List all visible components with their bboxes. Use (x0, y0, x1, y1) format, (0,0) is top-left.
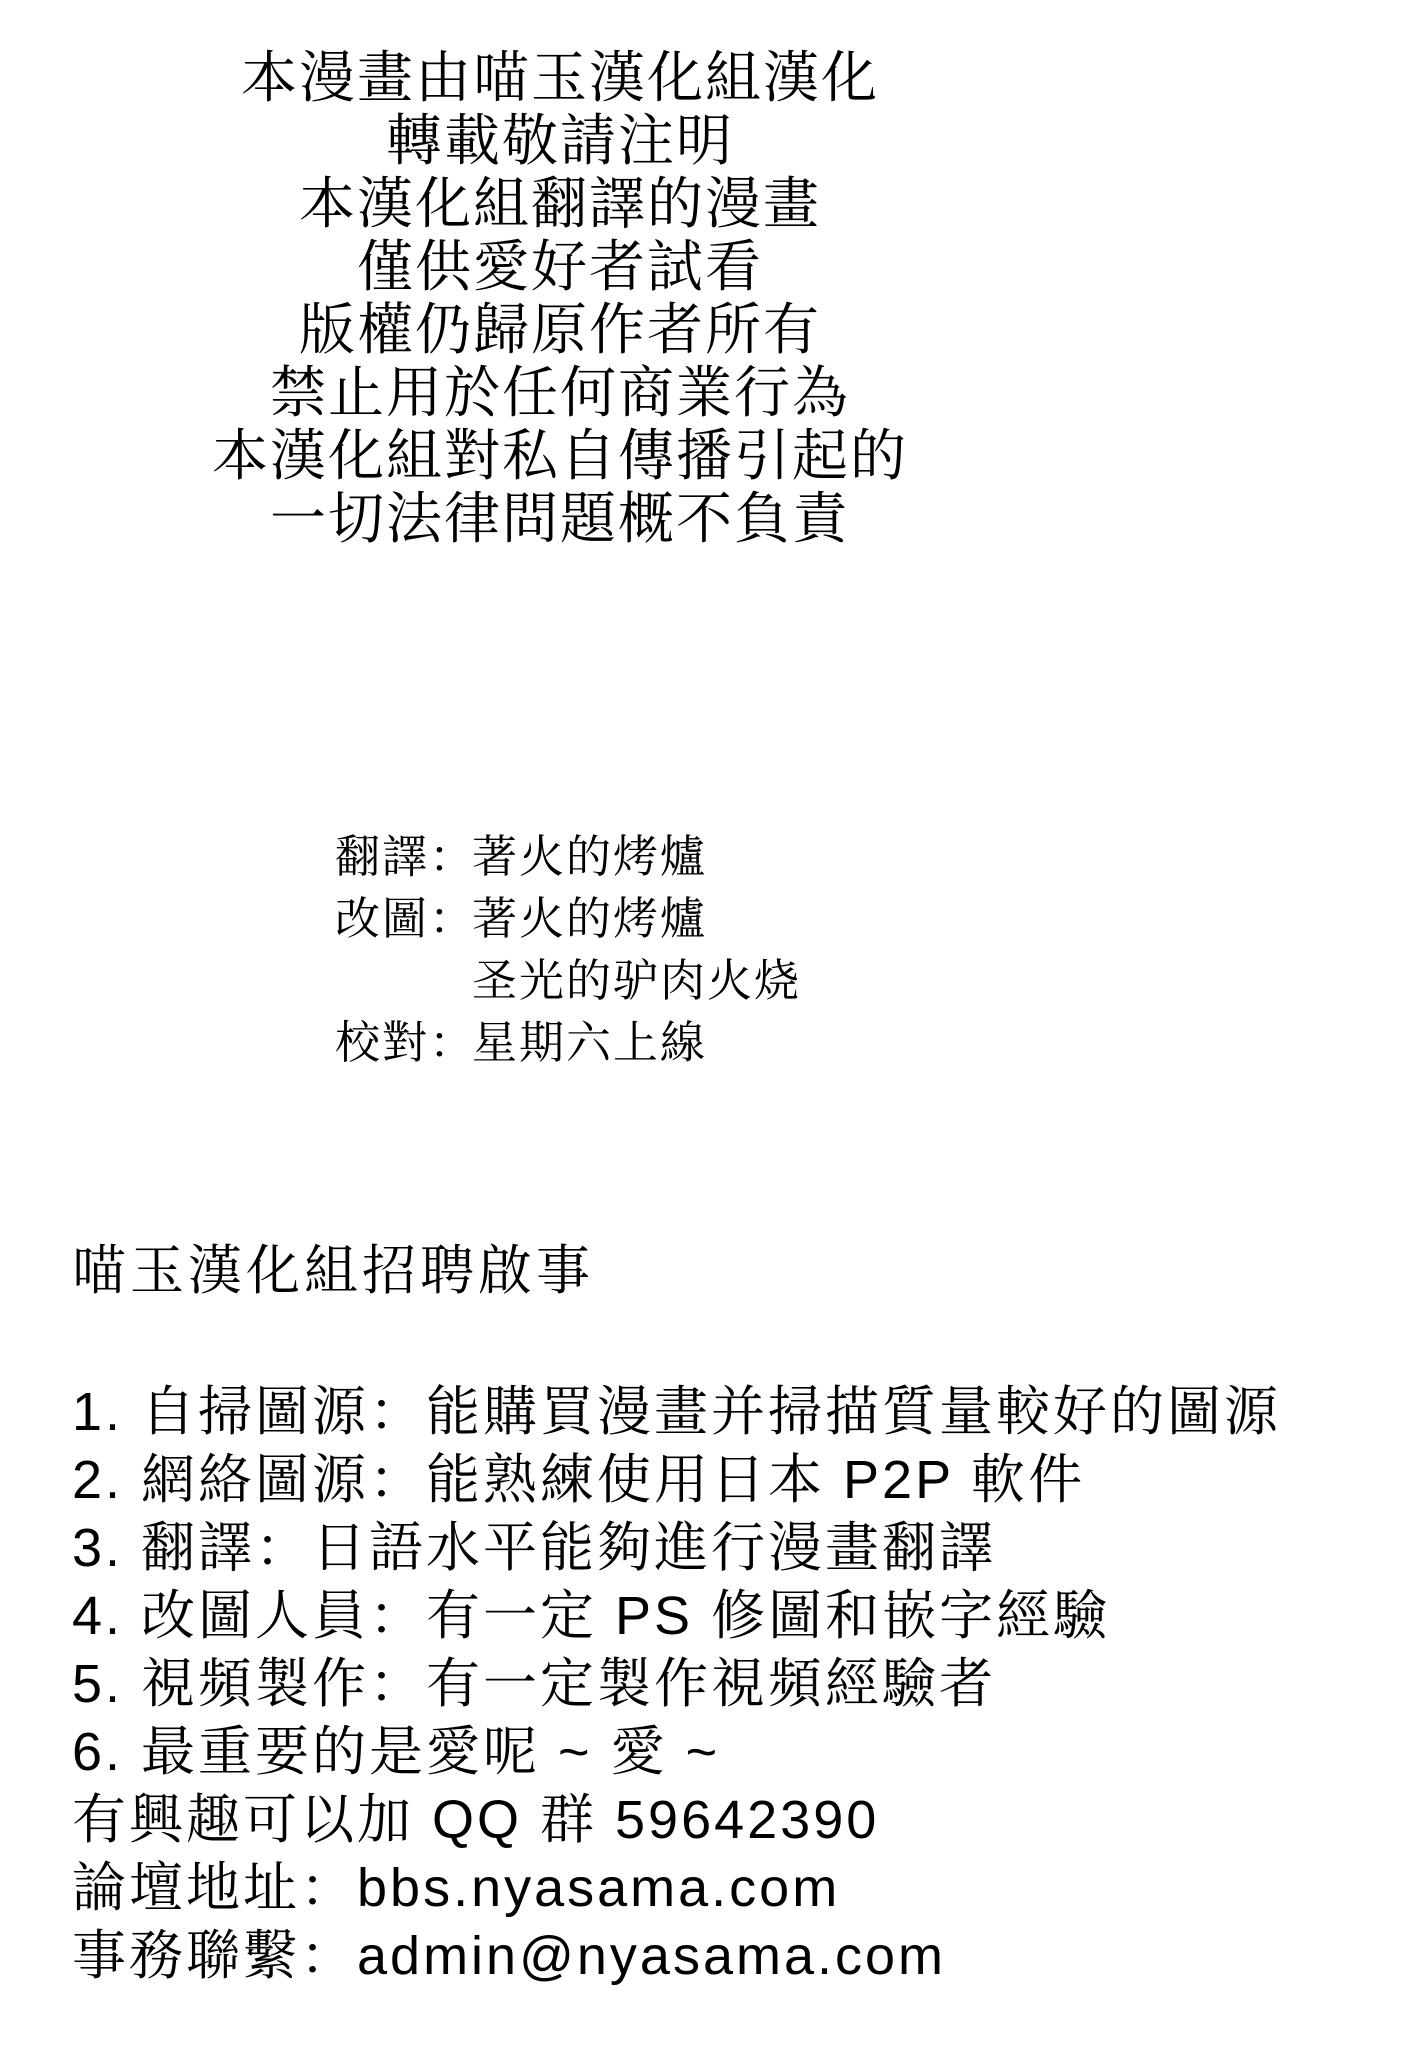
credit-role-label: 翻譯： (335, 826, 472, 888)
recruitment-list: 1. 自掃圖源：能購買漫畫并掃描質量較好的圖源 2. 網絡圖源：能熟練使用日本 … (72, 1378, 1281, 1990)
credit-row-translator: 翻譯： 著火的烤爐 (335, 826, 801, 888)
recruitment-item-translator: 3. 翻譯：日語水平能夠進行漫畫翻譯 (72, 1514, 1281, 1582)
recruitment-heading: 喵玉漢化組招聘啟事 (72, 1228, 594, 1305)
recruitment-item-editor: 4. 改圖人員：有一定 PS 修圖和嵌字經驗 (72, 1582, 1281, 1650)
credit-person-name: 圣光的驴肉火烧 (472, 950, 801, 1012)
recruitment-item-scan-source: 1. 自掃圖源：能購買漫畫并掃描質量較好的圖源 (72, 1378, 1281, 1446)
recruitment-item-love: 6. 最重要的是愛呢 ~ 愛 ~ (72, 1718, 1281, 1786)
credit-person-name: 著火的烤爐 (472, 888, 707, 950)
notice-line: 版權仍歸原作者所有 (0, 298, 1120, 361)
recruitment-item-web-source: 2. 網絡圖源：能熟練使用日本 P2P 軟件 (72, 1446, 1281, 1514)
credit-person-name: 著火的烤爐 (472, 826, 707, 888)
notice-line: 一切法律問題概不負責 (0, 487, 1120, 550)
staff-credits-block: 翻譯： 著火的烤爐 改圖： 著火的烤爐 圣光的驴肉火烧 校對： 星期六上線 (335, 826, 801, 1074)
credit-row-editor-2: 圣光的驴肉火烧 (335, 950, 801, 1012)
credit-role-label: 校對： (335, 1012, 472, 1074)
copyright-notice-block: 本漫畫由喵玉漢化組漢化 轉載敬請注明 本漢化組翻譯的漫畫 僅供愛好者試看 版權仍… (0, 46, 1120, 550)
recruitment-forum-url: 論壇地址：bbs.nyasama.com (72, 1854, 1281, 1922)
notice-line: 本漫畫由喵玉漢化組漢化 (0, 46, 1120, 109)
recruitment-qq-group: 有興趣可以加 QQ 群 59642390 (72, 1786, 1281, 1854)
credit-person-name: 星期六上線 (472, 1012, 707, 1074)
notice-line: 轉載敬請注明 (0, 109, 1120, 172)
notice-line: 本漢化組翻譯的漫畫 (0, 172, 1120, 235)
notice-line: 本漢化組對私自傳播引起的 (0, 424, 1120, 487)
recruitment-contact-email: 事務聯繫：admin@nyasama.com (72, 1922, 1281, 1990)
credit-row-editor: 改圖： 著火的烤爐 (335, 888, 801, 950)
recruitment-item-video: 5. 視頻製作：有一定製作視頻經驗者 (72, 1650, 1281, 1718)
scanlation-credits-page: { "page": { "background": "#ffffff", "te… (0, 0, 1426, 2047)
notice-line: 僅供愛好者試看 (0, 235, 1120, 298)
credit-role-label (335, 950, 472, 1012)
credit-role-label: 改圖： (335, 888, 472, 950)
notice-line: 禁止用於任何商業行為 (0, 361, 1120, 424)
credit-row-proofreader: 校對： 星期六上線 (335, 1012, 801, 1074)
